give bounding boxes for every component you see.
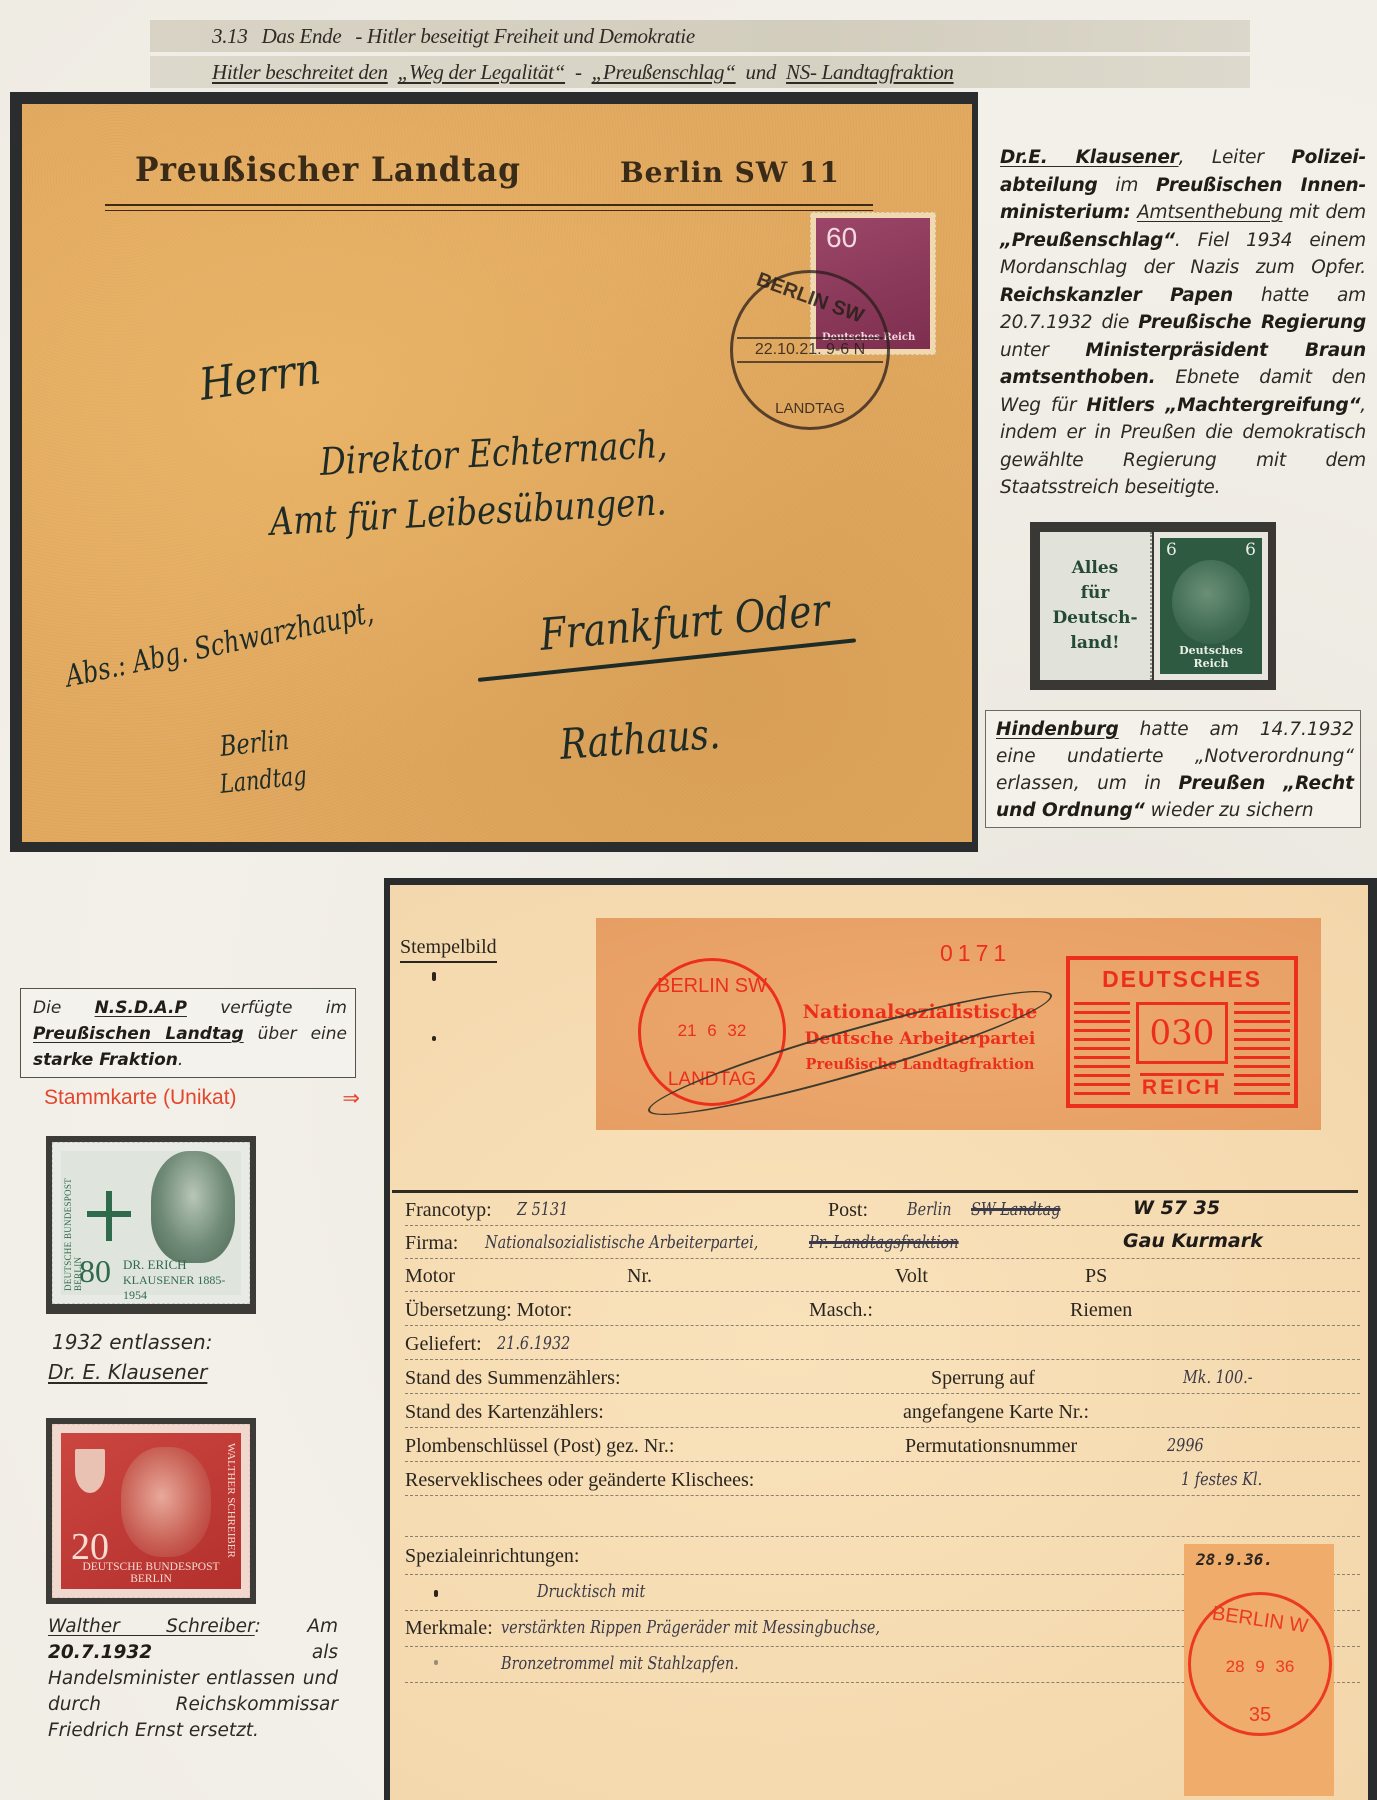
hindenburg-slogan-label: Alles für Deutsch- land! [1040, 532, 1152, 680]
form-row-kartenzaehler: Stand des Kartenzählers: angefangene Kar… [405, 1395, 1360, 1428]
klausener-caption-name: Dr. E. Klausener [48, 1360, 207, 1384]
nsdap-note: Die N.S.D.A.P verfügte im Preußischen La… [20, 988, 356, 1078]
form-label: Post: [828, 1199, 868, 1222]
envelope-printed-title: Preußischer Landtag [135, 150, 521, 190]
form-label: Nr. [627, 1265, 652, 1288]
form-row-plombenschluessel: Plombenschlüssel (Post) gez. Nr.: Permut… [405, 1429, 1360, 1462]
stammkarte-text: Stammkarte (Unikat) [44, 1086, 237, 1111]
schreiber-note: Walther Schreiber: Am 20.7.1932 als Hand… [48, 1614, 338, 1744]
form-label: Reserveklischees oder geänderte Klischee… [405, 1469, 754, 1492]
form-value: 2996 [1167, 1435, 1204, 1456]
form-label: Übersetzung: Motor: [405, 1299, 572, 1322]
stamp-value: 6 [1166, 540, 1177, 560]
klausener-name: Dr.E. Klausener [1000, 147, 1179, 168]
meter-frame-bottom: REICH [1140, 1073, 1224, 1100]
klausener-note: Dr.E. Klausener, Leiter Polizei-abteilun… [1000, 144, 1366, 502]
slogan-line: Alles [1052, 556, 1137, 581]
postmark-date: 22.10.21. 9-6 N [737, 337, 883, 363]
form-value: verstärkten Rippen Prägeräder mit Messin… [501, 1617, 880, 1638]
stamp-inscription: DEUTSCHE BUNDESPOST BERLIN [61, 1561, 241, 1585]
stempelbild-label: Stempelbild [400, 936, 497, 963]
meter-postmark-top: BERLIN SW [641, 975, 783, 998]
punch-hole [432, 972, 436, 981]
form-row-francotyp: Francotyp: Z 5131 Post: Berlin SW Landta… [405, 1193, 1360, 1226]
section-subheading: Hitler beschreitet den „Weg der Legalitä… [150, 56, 1250, 88]
form-label: Stand des Summenzählers: [405, 1367, 621, 1390]
slogan-line: für [1052, 581, 1137, 606]
klausener-stamp: DEUTSCHE BUNDESPOST BERLIN 80 DR. ERICH … [52, 1142, 250, 1304]
receipt-handwritten-date: 28.9.36. [1196, 1550, 1273, 1569]
section-subtitle: - Hitler beseitigt Freiheit und Demokrat… [355, 24, 694, 48]
form-label: Firma: [405, 1232, 458, 1255]
form-label: Stand des Kartenzählers: [405, 1401, 604, 1424]
form-value: 21.6.1932 [497, 1333, 570, 1354]
form-row-geliefert: Geliefert: 21.6.1932 [405, 1327, 1360, 1360]
envelope-printed-city: Berlin SW 11 [620, 156, 840, 189]
form-label: Merkmale: [405, 1617, 493, 1640]
subheading-separator: - [575, 60, 582, 84]
envelope-postmark: BERLIN SW 22.10.21. 9-6 N LANDTAG [730, 270, 890, 430]
meter-value-frame: DEUTSCHES 030 REICH [1066, 956, 1298, 1108]
hindenburg-stamp: 6 6 Deutsches Reich [1154, 532, 1268, 680]
form-label: Plombenschlüssel (Post) gez. Nr.: [405, 1435, 674, 1458]
receipt-postmark: BERLIN W 28 9 36 35 [1188, 1592, 1332, 1736]
form-label: PS [1085, 1265, 1107, 1288]
envelope-rule [105, 210, 873, 211]
subheading-part4: NS- Landtagfraktion [786, 60, 954, 84]
form-label: Volt [895, 1265, 928, 1288]
form-value-struck: Pr. Landtagsfraktion [809, 1232, 959, 1253]
stamp-name: KLAUSENER 1885-1954 [123, 1273, 241, 1303]
subheading-and: und [746, 60, 777, 84]
form-label: Spezialeinrichtungen: [405, 1545, 579, 1568]
section-title: Das Ende [262, 24, 342, 48]
form-label: Riemen [1070, 1299, 1132, 1322]
cross-icon [87, 1191, 131, 1241]
form-label: Motor [405, 1265, 455, 1288]
envelope-rule [105, 204, 873, 206]
form-value: Bronzetrommel mit Stahlzapfen. [501, 1653, 739, 1674]
stamp-side-text: WALTHER SCHREIBER [225, 1443, 237, 1558]
form-row-motor: Motor Nr. Volt PS [405, 1259, 1360, 1292]
form-row-reserveklischees: Reserveklischees oder geänderte Klischee… [405, 1463, 1360, 1496]
form-row-uebersetzung: Übersetzung: Motor: Masch.: Riemen [405, 1293, 1360, 1326]
stamp-inscription: Deutsches Reich [1160, 644, 1262, 670]
form-label: angefangene Karte Nr.: [903, 1401, 1089, 1424]
form-row-firma: Firma: Nationalsozialistische Arbeiterpa… [405, 1226, 1360, 1259]
form-label: Francotyp: [405, 1199, 492, 1222]
meander-ornament [1074, 1002, 1130, 1098]
receipt-postmark-date: 28 9 36 [1191, 1657, 1329, 1677]
form-value-added: Gau Kurmark [1123, 1230, 1263, 1252]
schreiber-portrait [121, 1447, 211, 1557]
stamp-name: DR. ERICH [123, 1257, 187, 1273]
punch-hole [432, 1036, 436, 1041]
form-value-added: W 57 35 [1133, 1197, 1220, 1219]
stamp-value: 6 [1245, 540, 1256, 560]
section-number: 3.13 [212, 24, 248, 48]
hindenburg-name: Hindenburg [996, 719, 1119, 740]
klausener-portrait [151, 1151, 235, 1263]
meter-frame-top: DEUTSCHES [1070, 966, 1294, 993]
slogan-line: land! [1052, 631, 1137, 656]
form-value: Berlin [907, 1199, 951, 1220]
hindenburg-portrait [1172, 560, 1250, 644]
punch-hole [434, 1590, 438, 1597]
form-label: Sperrung auf [931, 1367, 1035, 1390]
form-row-blank [405, 1497, 1360, 1537]
klausener-caption: 1932 entlassen: [52, 1330, 212, 1354]
meander-ornament [1234, 1002, 1290, 1098]
subheading-part2: „Weg der Legalität“ [398, 60, 565, 84]
meter-value: 030 [1136, 1002, 1228, 1064]
meter-number: 0171 [940, 940, 1011, 967]
form-value: Drucktisch mit [537, 1581, 645, 1602]
form-value: 1 festes Kl. [1181, 1469, 1262, 1490]
form-value-struck: SW Landtag [971, 1199, 1060, 1220]
slogan-line: Deutsch- [1052, 606, 1137, 631]
meter-postmark-date: 21 6 32 [641, 1021, 783, 1041]
subheading-part3: „Preußenschlag“ [592, 60, 736, 84]
stamp-value: 80 [79, 1253, 111, 1290]
arrow-right-icon: ⇒ [342, 1086, 360, 1111]
postmark-bottom: LANDTAG [733, 400, 887, 417]
form-value: Z 5131 [517, 1199, 568, 1220]
form-label: Geliefert: [405, 1333, 482, 1356]
berlin-crest-icon [75, 1449, 105, 1493]
form-value: Nationalsozialistische Arbeiterpartei, [485, 1232, 758, 1253]
receipt-postmark-bottom: 35 [1191, 1704, 1329, 1727]
punch-hole [434, 1660, 438, 1665]
stammkarte-label: Stammkarte (Unikat) ⇒ [44, 1086, 360, 1111]
form-value: Mk. 100.- [1183, 1367, 1253, 1388]
hindenburg-note: Hindenburg hatte am 14.7.1932 eine undat… [985, 710, 1361, 828]
section-heading: 3.13Das Ende- Hitler beseitigt Freiheit … [150, 20, 1250, 52]
subheading-part1: Hitler beschreitet den [212, 60, 388, 84]
schreiber-stamp: WALTHER SCHREIBER 20 DEUTSCHE BUNDESPOST… [52, 1424, 250, 1598]
form-label: Masch.: [809, 1299, 873, 1322]
form-label: Permutationsnummer [905, 1435, 1077, 1458]
form-row-summenzaehler: Stand des Summenzählers: Sperrung auf Mk… [405, 1361, 1360, 1394]
stamp-value: 60 [826, 222, 857, 254]
